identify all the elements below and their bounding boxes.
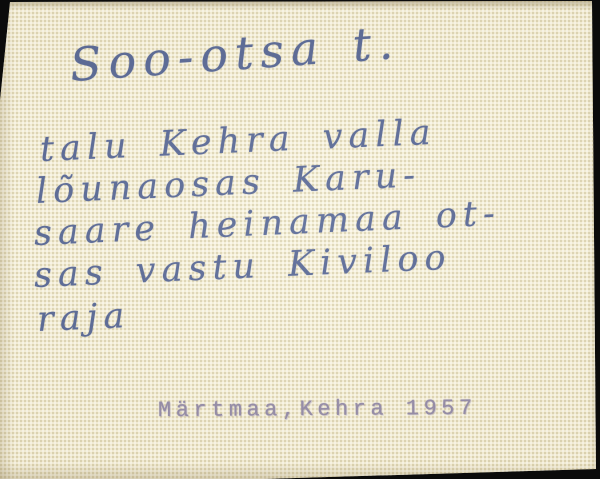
scanned-card: Soo-otsa t. talu Kehra valla lõunaosas K…: [0, 0, 600, 479]
handwriting-line-5: raja: [36, 296, 131, 340]
handwritten-title: Soo-otsa t.: [68, 15, 401, 92]
card-paper: Soo-otsa t. talu Kehra valla lõunaosas K…: [0, 0, 600, 479]
date-stamp: Märtmaa,Kehra 1957: [158, 396, 477, 423]
